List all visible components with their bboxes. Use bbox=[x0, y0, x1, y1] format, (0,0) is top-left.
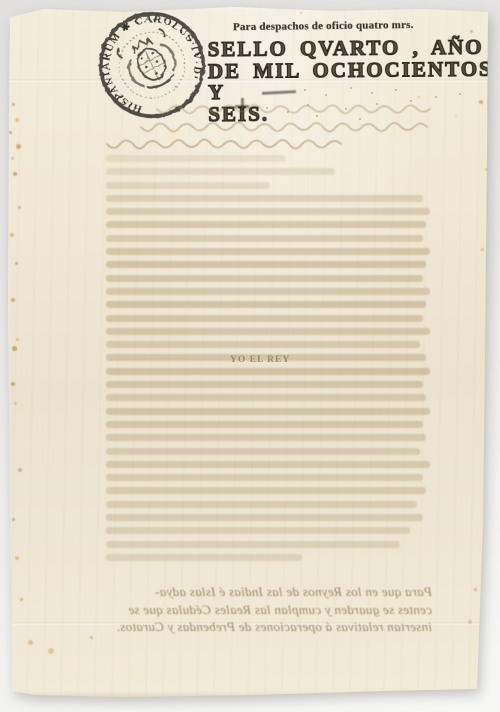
foxing-spot bbox=[11, 157, 14, 160]
foxing-spot bbox=[18, 468, 22, 472]
paper-deckle-edge-top bbox=[4, 3, 492, 10]
ink-speck bbox=[325, 94, 327, 96]
bleedthrough-text-line bbox=[106, 368, 430, 375]
bleedthrough-text-line bbox=[106, 168, 335, 175]
bleedthrough-text-line bbox=[106, 341, 420, 348]
bleedthrough-text-line bbox=[106, 182, 270, 189]
foxing-spot bbox=[11, 298, 15, 302]
foxing-spot bbox=[479, 100, 483, 104]
foxing-spot bbox=[418, 96, 420, 98]
ink-speck bbox=[435, 96, 437, 98]
bleedthrough-text-line bbox=[106, 261, 426, 268]
bleedthrough-text-line bbox=[106, 461, 430, 468]
foxing-spot bbox=[12, 346, 17, 351]
photo-background: HISPANIARUM ✱ CAROLUS·IV·D·G bbox=[0, 0, 500, 712]
bleedthrough-text-line bbox=[106, 487, 426, 494]
bleedthrough-text-line bbox=[106, 288, 430, 295]
yo-el-rey-fragment: YO EL REY bbox=[230, 355, 290, 365]
foxing-spot bbox=[90, 636, 93, 639]
bleedthrough-text-line bbox=[106, 541, 400, 548]
foxing-spot bbox=[20, 598, 23, 601]
foxing-spot bbox=[15, 118, 19, 122]
foxing-spot bbox=[16, 144, 21, 149]
foxing-spot bbox=[12, 103, 15, 106]
foxing-spot bbox=[10, 233, 14, 237]
bleedthrough-text-line bbox=[106, 328, 430, 335]
bleedthrough-text-line bbox=[106, 527, 410, 534]
foxing-spot bbox=[300, 12, 302, 14]
bleedthrough-text-line bbox=[106, 421, 423, 428]
foxing-spot bbox=[18, 206, 21, 209]
bleedthrough-text-line bbox=[106, 155, 286, 162]
bleedthrough-text-line bbox=[106, 501, 417, 508]
bleedthrough-text-line bbox=[106, 381, 423, 388]
ink-speck bbox=[350, 87, 352, 89]
bleedthrough-text-line bbox=[106, 394, 426, 401]
foxing-spot bbox=[48, 648, 54, 654]
foxing-spot bbox=[9, 131, 12, 134]
ink-speck bbox=[304, 89, 306, 91]
handwriting-squiggle-line bbox=[107, 140, 341, 149]
foxing-spot bbox=[14, 402, 17, 405]
bleedthrough-text-line bbox=[106, 474, 423, 481]
bleedthrough-text-line bbox=[106, 408, 430, 415]
ink-speck bbox=[459, 93, 461, 95]
foxing-spot bbox=[13, 172, 17, 176]
foxing-spot bbox=[28, 640, 33, 645]
foxing-spot bbox=[470, 30, 473, 33]
paper-edge-bottom bbox=[4, 691, 492, 699]
foxing-spot bbox=[16, 338, 19, 341]
document-paper: HISPANIARUM ✱ CAROLUS·IV·D·G bbox=[4, 3, 492, 699]
verso-summary-line-1: Para que en los Reynos de las Indias é I… bbox=[104, 583, 432, 601]
bleedthrough-text-line bbox=[106, 434, 426, 441]
bleedthrough-text-line bbox=[106, 554, 302, 561]
ink-speck bbox=[395, 89, 397, 91]
fee-line: Para despachos de oficio quatro mrs. bbox=[233, 19, 433, 33]
bleedthrough-text-line bbox=[106, 235, 423, 242]
foxing-spot bbox=[487, 58, 490, 61]
ink-speck bbox=[371, 92, 373, 94]
verso-summary-line-3: insertan relativas á operaciones de Preb… bbox=[104, 618, 432, 636]
foxing-spot bbox=[12, 518, 15, 521]
bleedthrough-text-line bbox=[106, 195, 423, 202]
handwriting-squiggle-line bbox=[141, 123, 427, 132]
paper-shadow-wrap: HISPANIARUM ✱ CAROLUS·IV·D·G bbox=[0, 0, 500, 712]
foxing-spot bbox=[474, 588, 477, 591]
paper-deckle-edge-left bbox=[4, 3, 10, 699]
foxing-spot bbox=[486, 330, 490, 334]
foxing-spot bbox=[481, 248, 484, 251]
bleedthrough-text-line bbox=[106, 248, 430, 255]
bleedthrough-text-line bbox=[106, 315, 423, 322]
verso-summary-paragraph: Para que en los Reynos de las Indias é I… bbox=[104, 583, 432, 636]
foxing-spot bbox=[11, 382, 15, 386]
foxing-spot bbox=[15, 262, 18, 265]
handwriting-bleedthrough bbox=[99, 97, 435, 159]
bleedthrough-text-line bbox=[106, 448, 420, 455]
foxing-spot bbox=[468, 620, 472, 624]
bleedthrough-text-line bbox=[106, 221, 426, 228]
bleedthrough-text-line bbox=[106, 301, 426, 308]
bleedthrough-text-line bbox=[106, 208, 430, 215]
bleedthrough-text-line bbox=[106, 514, 423, 521]
handwriting-squiggle-line bbox=[157, 105, 430, 114]
coat-of-arms bbox=[116, 27, 185, 96]
verso-summary-line-2: centes se guarden y cumplan las Reales C… bbox=[104, 601, 432, 619]
paper-edge-right bbox=[488, 3, 492, 699]
foxing-spot bbox=[485, 168, 488, 171]
bleedthrough-text-line bbox=[106, 275, 423, 282]
foxing-spot bbox=[455, 115, 457, 117]
foxing-spot bbox=[15, 556, 19, 560]
